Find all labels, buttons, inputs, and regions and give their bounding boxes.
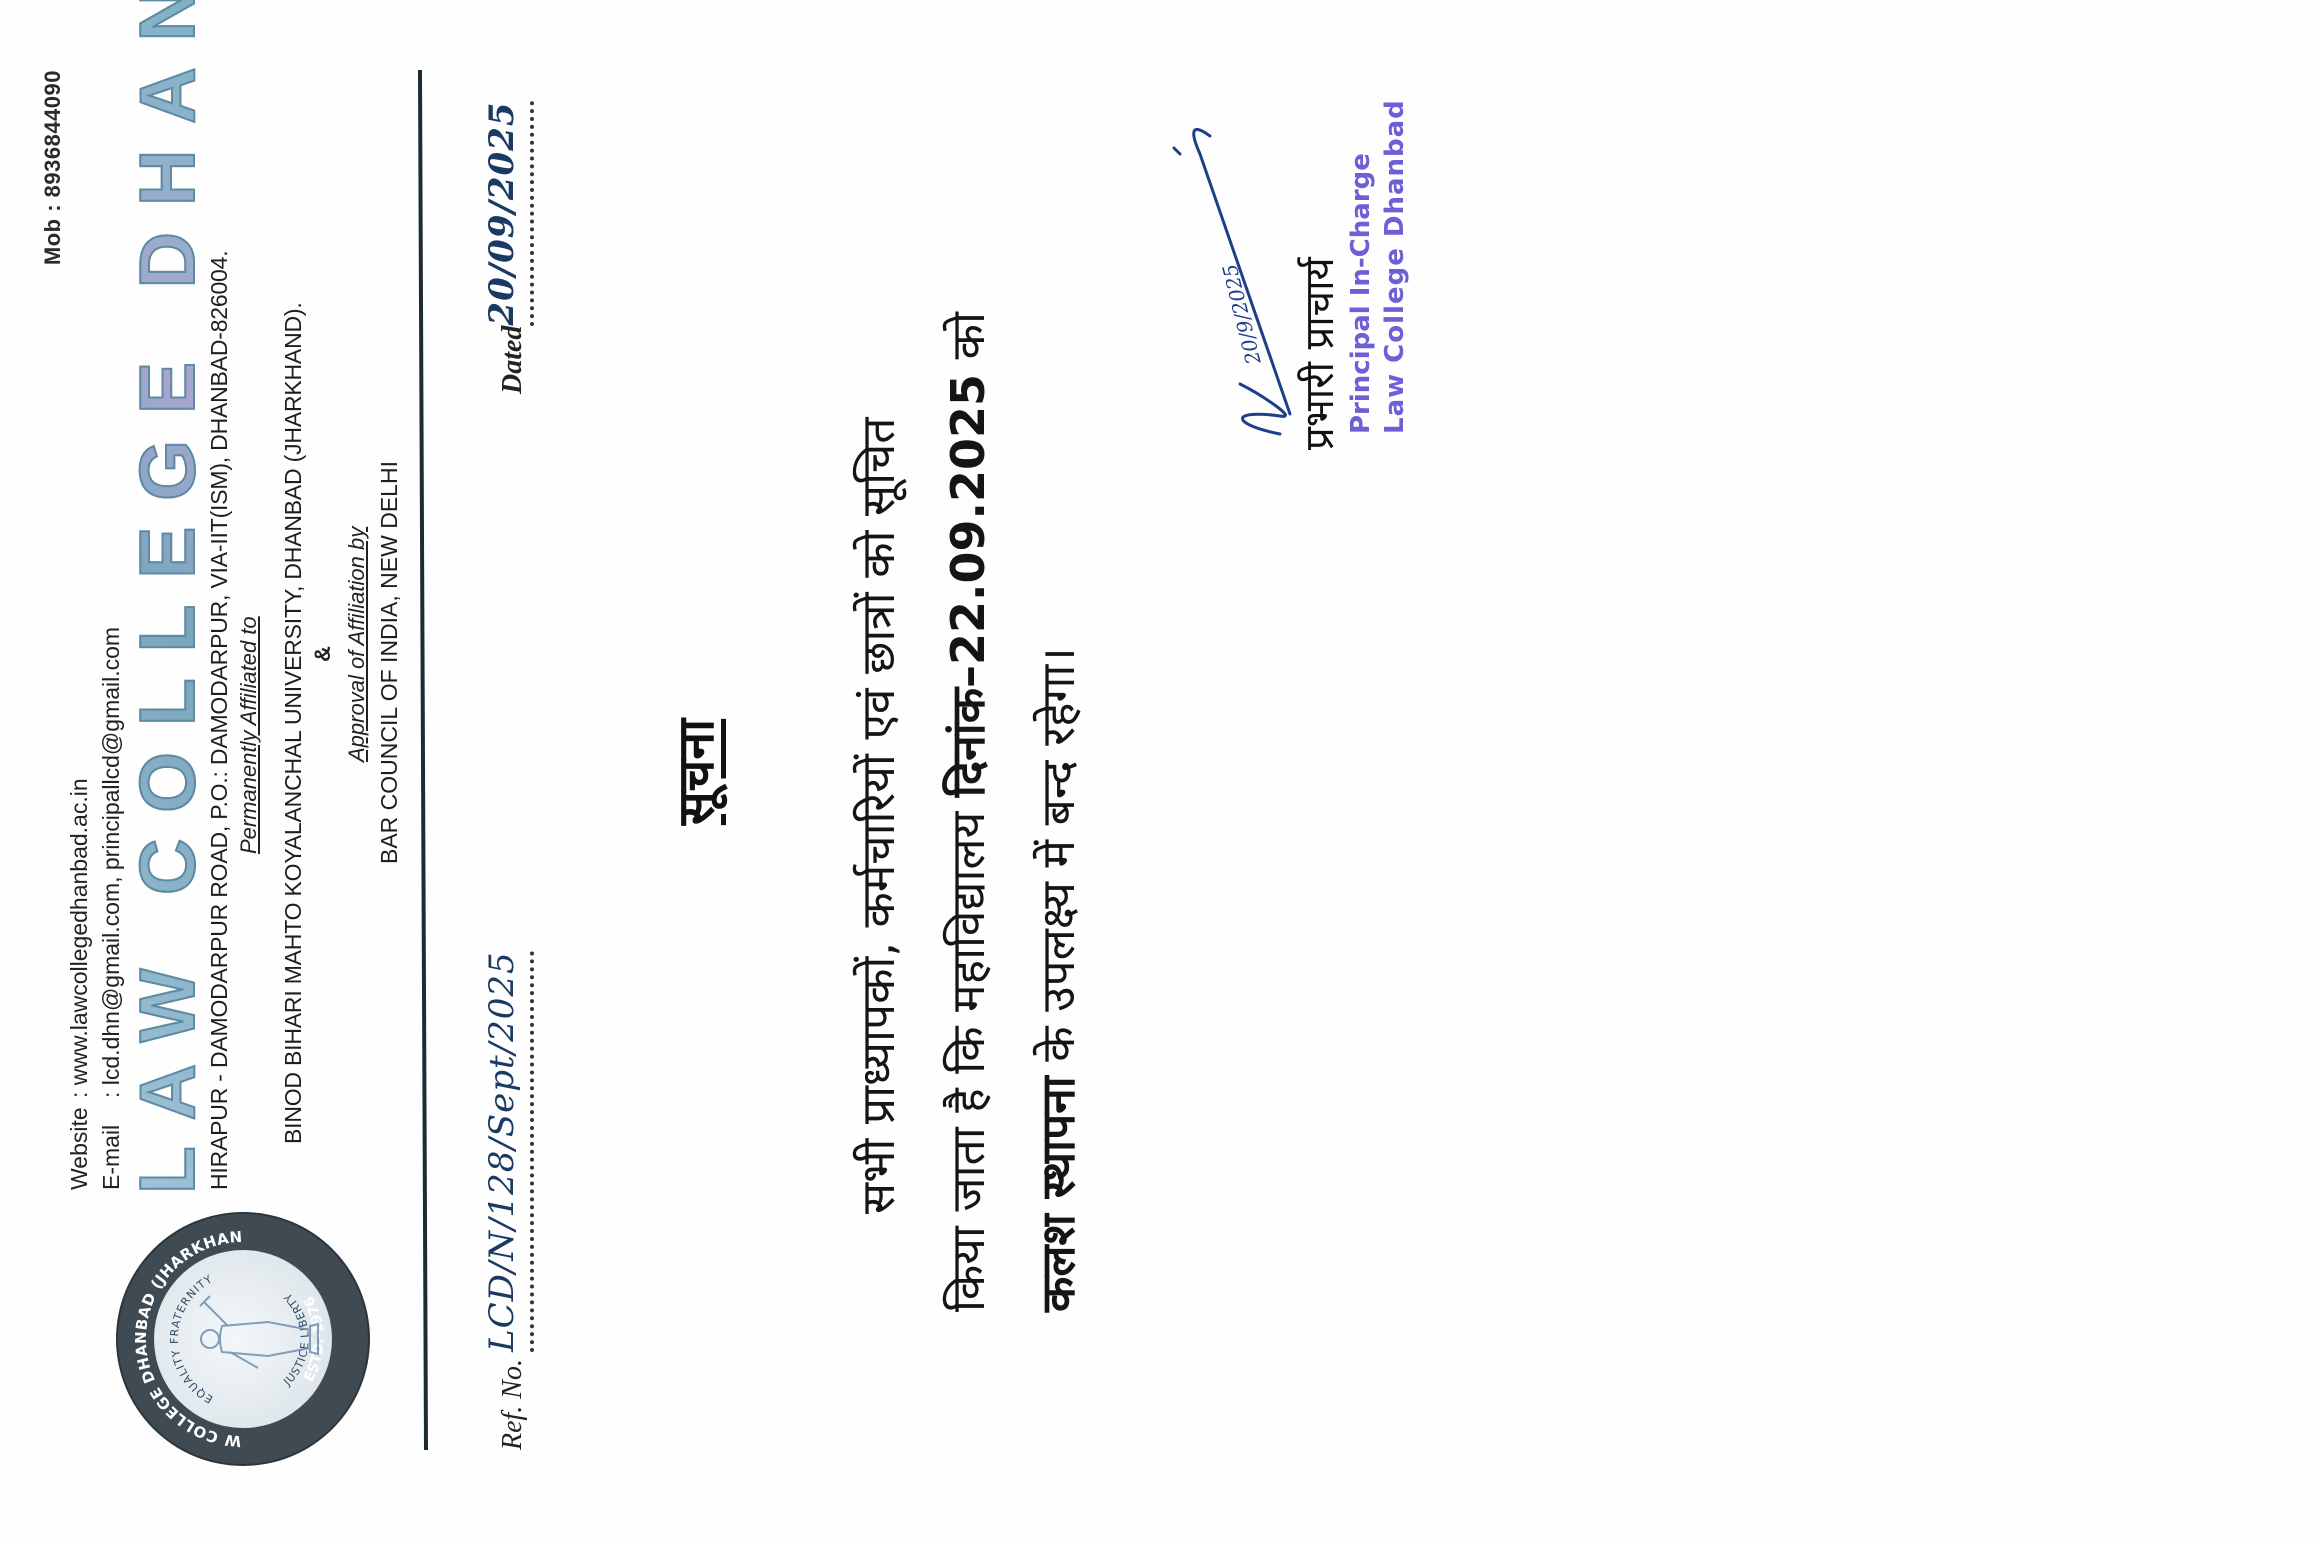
dated-value: 20/09/2025	[482, 101, 522, 325]
college-seal-icon: LAW COLLEGE DHANBAD (JHARKHAND) ESTD.-19…	[118, 1214, 368, 1464]
website-url: www.lawcollegedhanbad.ac.in	[66, 778, 92, 1085]
notice-body-line-3: कलश स्थापना के उपलक्ष्य में बन्द रहेगा।	[1026, 647, 1088, 1312]
email-separator: :	[98, 1092, 124, 1098]
website-separator: :	[66, 1092, 92, 1098]
seal-graphic: LAW COLLEGE DHANBAD (JHARKHAND) ESTD.-19…	[118, 1214, 368, 1464]
email-addresses: lcd.dhn@gmail.com, principallcd@gmail.co…	[98, 627, 124, 1085]
website-label: Website	[66, 1098, 93, 1190]
reference-number: Ref. No. LCD/N/128/Sept/2025	[490, 951, 534, 1450]
university-name: BINOD BIHARI MAHTO KOYALANCHAL UNIVERSIT…	[280, 302, 307, 1144]
ref-label: Ref. No.	[497, 1359, 528, 1450]
notice-title-text: सूचना	[667, 719, 725, 825]
mobile-number: Mob : 8936844090	[40, 70, 66, 265]
line2-text: किया जाता है कि महाविद्यालय	[941, 797, 995, 1312]
closure-date: दिनांक–22.09.2025	[941, 374, 995, 797]
email-line: E-mail: lcd.dhn@gmail.com, principallcd@…	[98, 627, 125, 1190]
ref-value: LCD/N/128/Sept/2025	[482, 951, 522, 1352]
ampersand: &	[310, 646, 336, 662]
college-name: LAW COLLEGE DHANBAD	[122, 0, 213, 1194]
line2-end: को	[941, 312, 995, 374]
notice-document: Mob : 8936844090 Website: www.lawcollege…	[0, 0, 2320, 1544]
signatory-role: प्रभारी प्राचार्य	[1290, 257, 1345, 450]
ref-field: LCD/N/128/Sept/2025	[490, 951, 534, 1352]
college-address: HIRAPUR - DAMODARPUR ROAD, P.O.: DAMODAR…	[206, 251, 233, 1190]
notice-body-line-2: किया जाता है कि महाविद्यालय दिनांक–22.09…	[936, 312, 998, 1312]
approval-body: BAR COUNCIL OF INDIA, NEW DELHI	[376, 461, 403, 864]
affiliation-label: Permanently Affiliated to	[236, 616, 262, 854]
dated-field: Dated20/09/2025	[490, 101, 534, 394]
email-label: E-mail	[98, 1098, 125, 1190]
dated-field-line: 20/09/2025	[490, 101, 534, 325]
occasion: कलश स्थापना	[1031, 1076, 1085, 1312]
notice-title: सूचना	[660, 0, 728, 1544]
svg-text:EQUALITY FRATERNITY: EQUALITY FRATERNITY	[168, 1272, 215, 1406]
stamp-line-2: Law College Dhanbad	[1380, 99, 1410, 434]
stamp-line-1: Principal In-Charge	[1346, 153, 1376, 434]
website-line: Website: www.lawcollegedhanbad.ac.in	[66, 778, 93, 1190]
dated-label: Dated	[497, 326, 528, 394]
notice-body-line-1: सभी प्राध्यापकों, कर्मचारियों एवं छात्रो…	[846, 418, 908, 1215]
line3-text: के उपलक्ष्य में बन्द रहेगा।	[1031, 647, 1085, 1076]
letterhead-divider	[418, 70, 428, 1450]
approval-label: Approval of Affiliation by	[344, 527, 370, 762]
